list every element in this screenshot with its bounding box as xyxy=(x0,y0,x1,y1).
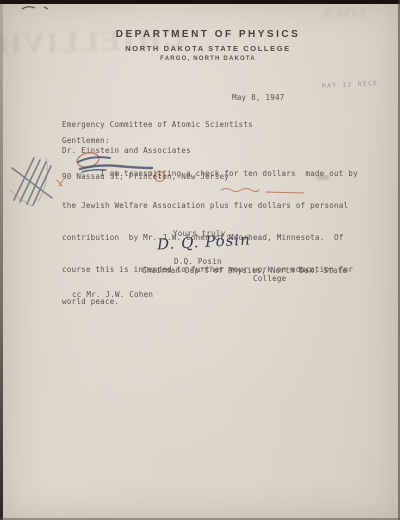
cc-line: cc Mr. J.W. Cohen xyxy=(72,290,153,299)
ink-smudge xyxy=(316,175,330,180)
pencil-mark-top-left xyxy=(22,7,48,9)
margin-scribble xyxy=(12,158,52,205)
letterhead-college: NORTH DAKOTA STATE COLLEGE xyxy=(8,44,400,53)
sender-title-line1: Chairman Dep't of Physics, North Dak. St… xyxy=(142,266,347,275)
salutation: Gentlemen: xyxy=(62,136,110,145)
letterhead-department: DEPARTMENT OF PHYSICS xyxy=(8,29,400,40)
sender-title-line2: College xyxy=(253,274,286,283)
letterhead-city: FARGO, NORTH DAKOTA xyxy=(8,56,400,62)
received-stamp: MAY 12 RECD xyxy=(322,79,392,90)
margin-scribble-red xyxy=(10,158,47,206)
body-line: I am transmitting a check for ten dollar… xyxy=(62,169,358,177)
typed-name: D.Q. Posin xyxy=(174,257,222,266)
letterhead: DEPARTMENT OF PHYSICS NORTH DAKOTA STATE… xyxy=(8,29,400,62)
scan-edge-left xyxy=(0,0,3,520)
body-line: the Jewish Welfare Association plus five… xyxy=(62,201,358,209)
date-line: May 8, 1947 xyxy=(232,93,285,102)
scan-edge-top xyxy=(0,0,400,4)
scanned-letter: CHIELLIVH MWA DEPARTMENT OF PHYSICS NORT… xyxy=(0,0,400,520)
recipient-line: Emergency Committee of Atomic Scientists xyxy=(62,121,253,130)
bleedthrough-text-top-right: MWA xyxy=(290,3,400,24)
